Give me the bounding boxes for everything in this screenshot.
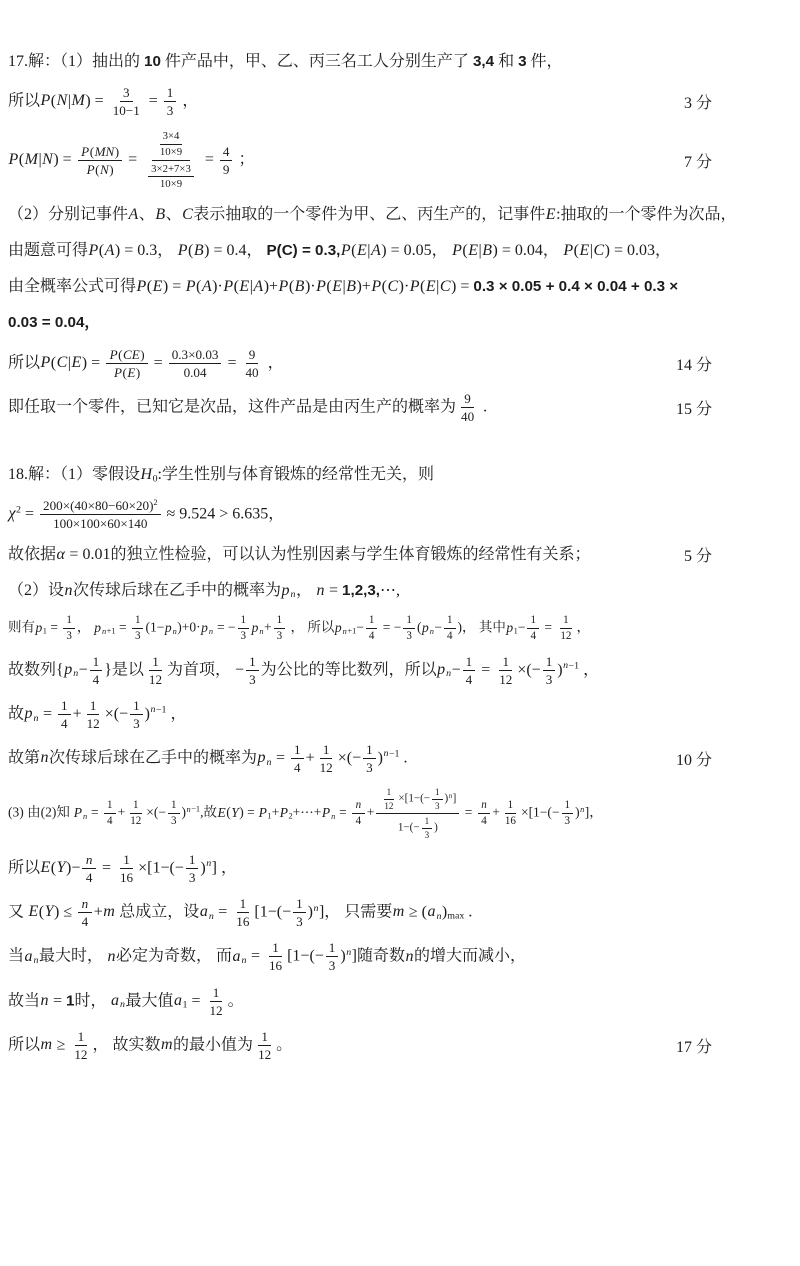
line-content: 故pn = 14+112×(−13)n−1 ，	[8, 697, 792, 732]
problem-17-solution: 17.解：（1）抽出的 10 件产品中，甲、乙、丙三名工人分别生产了 3,4 和…	[8, 48, 792, 425]
solution-line: 故数列{pn−14}是以112为首项， −13为公比的等比数列，所以pn−14 …	[8, 653, 792, 688]
line-content: 故当n = 1时， an最大值a1 = 112。	[8, 984, 792, 1019]
solution-line: 所以m ≥ 112， 故实数m的最小值为112。17 分	[8, 1028, 792, 1063]
solution-line: 故当n = 1时， an最大值a1 = 112。	[8, 984, 792, 1019]
solution-line: P(M|N) = P(MN)P(N) = 3×410×93×2+7×310×9 …	[8, 128, 792, 193]
line-content: 17.解：（1）抽出的 10 件产品中，甲、乙、丙三名工人分别生产了 3,4 和…	[8, 50, 792, 74]
problem-18-solution: 18.解：（1）零假设H0:学生性别与体育锻炼的经常性无关，则χ2 = 200×…	[8, 461, 792, 1063]
line-content: χ2 = 200×(40×80−60×20)2100×100×60×140 ≈ …	[8, 497, 792, 532]
line-content: 所以P(N|M) = 310−1 = 13 ，	[8, 84, 674, 119]
solution-line: 故依据α = 0.01的独立性检验，可以认为性别因素与学生体育锻炼的经常性有关系…	[8, 541, 792, 568]
solution-line: 18.解：（1）零假设H0:学生性别与体育锻炼的经常性无关，则	[8, 461, 792, 488]
solution-line: 由全概率公式可得P(E) = P(A)·P(E|A)+P(B)·P(E|B)+P…	[8, 274, 792, 301]
score-mark: 17 分	[666, 1034, 792, 1057]
score-mark: 10 分	[666, 747, 792, 770]
line-content: 又 E(Y) ≤ n4+m 总成立，设an = 116[1−(−13)n]， 只…	[8, 895, 792, 930]
line-content: 由题意可得P(A) = 0.3， P(B) = 0.4， P(C) = 0.3,…	[8, 239, 792, 263]
line-content: 故第n次传球后球在乙手中的概率为pn = 14+112×(−13)n−1 .	[8, 741, 666, 776]
line-content: 故数列{pn−14}是以112为首项， −13为公比的等比数列，所以pn−14 …	[8, 653, 792, 688]
line-content: 所以E(Y)−n4 = 116×[1−(−13)n] ，	[8, 851, 792, 886]
solution-line: 又 E(Y) ≤ n4+m 总成立，设an = 116[1−(−13)n]， 只…	[8, 895, 792, 930]
line-content: 故依据α = 0.01的独立性检验，可以认为性别因素与学生体育锻炼的经常性有关系…	[8, 543, 674, 567]
score-mark: 7 分	[674, 149, 792, 172]
solution-line: χ2 = 200×(40×80−60×20)2100×100×60×140 ≈ …	[8, 497, 792, 532]
solution-line: 所以E(Y)−n4 = 116×[1−(−13)n] ，	[8, 851, 792, 886]
solution-line: 则有p1 = 13， pn+1 = 13(1−pn)+0·pn = −13pn+…	[8, 613, 792, 643]
line-content: 当an最大时， n必定为奇数， 而an = 116[1−(−13)n]随奇数n的…	[8, 939, 792, 974]
line-content: （2）设n次传球后球在乙手中的概率为pn， n = 1,2,3,⋯,	[8, 579, 792, 603]
solution-line: 故第n次传球后球在乙手中的概率为pn = 14+112×(−13)n−1 .10…	[8, 741, 792, 776]
solution-line: 即任取一个零件，已知它是次品，这件产品是由丙生产的概率为940 .15 分	[8, 390, 792, 425]
score-mark: 15 分	[666, 396, 792, 419]
document-page: 17.解：（1）抽出的 10 件产品中，甲、乙、丙三名工人分别生产了 3,4 和…	[0, 0, 800, 1063]
solution-line: （2）设n次传球后球在乙手中的概率为pn， n = 1,2,3,⋯,	[8, 577, 792, 604]
solution-line: 0.03 = 0.04，	[8, 310, 792, 337]
score-mark: 14 分	[666, 352, 792, 375]
score-mark: 5 分	[674, 543, 792, 566]
solution-line: 所以P(C|E) = P(CE)P(E) = 0.3×0.030.04 = 94…	[8, 346, 792, 381]
solution-line: （2）分别记事件A、B、C表示抽取的一个零件为甲、乙、丙生产的，记事件E:抽取的…	[8, 202, 792, 229]
line-content: 所以m ≥ 112， 故实数m的最小值为112。	[8, 1028, 666, 1063]
line-content: 即任取一个零件，已知它是次品，这件产品是由丙生产的概率为940 .	[8, 390, 666, 425]
line-content: P(M|N) = P(MN)P(N) = 3×410×93×2+7×310×9 …	[8, 128, 674, 193]
solution-line: 17.解：（1）抽出的 10 件产品中，甲、乙、丙三名工人分别生产了 3,4 和…	[8, 48, 792, 75]
line-content: 18.解：（1）零假设H0:学生性别与体育锻炼的经常性无关，则	[8, 463, 792, 487]
score-mark: 3 分	[674, 90, 792, 113]
solution-line: 所以P(N|M) = 310−1 = 13 ，3 分	[8, 84, 792, 119]
line-content: 则有p1 = 13， pn+1 = 13(1−pn)+0·pn = −13pn+…	[8, 613, 792, 643]
line-content: (3) 由(2)知 Pn = 14+112×(−13)n−1,故E(Y) = P…	[8, 785, 792, 842]
line-content: 所以P(C|E) = P(CE)P(E) = 0.3×0.030.04 = 94…	[8, 346, 666, 381]
line-content: 0.03 = 0.04，	[8, 311, 792, 335]
solution-line: 故pn = 14+112×(−13)n−1 ，	[8, 697, 792, 732]
solution-line: (3) 由(2)知 Pn = 14+112×(−13)n−1,故E(Y) = P…	[8, 785, 792, 842]
line-content: 由全概率公式可得P(E) = P(A)·P(E|A)+P(B)·P(E|B)+P…	[8, 275, 792, 299]
solution-line: 当an最大时， n必定为奇数， 而an = 116[1−(−13)n]随奇数n的…	[8, 939, 792, 974]
line-content: （2）分别记事件A、B、C表示抽取的一个零件为甲、乙、丙生产的，记事件E:抽取的…	[8, 203, 792, 227]
solution-line: 由题意可得P(A) = 0.3， P(B) = 0.4， P(C) = 0.3,…	[8, 238, 792, 265]
